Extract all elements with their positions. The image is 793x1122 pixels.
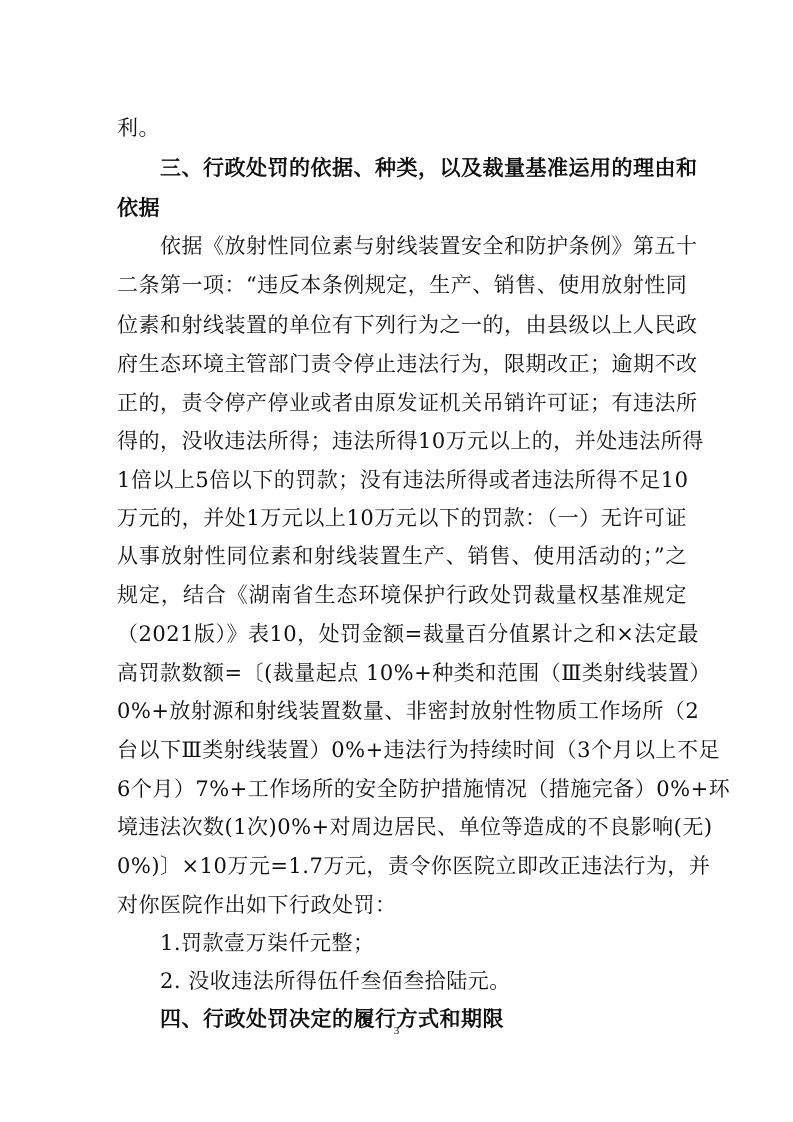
section-heading-3: 三、行政处罚的依据、种类，以及裁量基准运用的理由和 [160, 154, 687, 182]
body-line: 万元的，并处1万元以上10万元以下的罚款：（一）无许可证 [117, 504, 687, 532]
section-heading-3-cont: 依据 [117, 194, 687, 222]
body-line: 规定，结合《湖南省生态环境保护行政处罚裁量权基准规定 [117, 581, 687, 609]
document-page: 利。 三、行政处罚的依据、种类，以及裁量基准运用的理由和 依据 依据《放射性同位… [0, 0, 793, 1122]
page-number: 3 [0, 1025, 793, 1037]
body-line: 得的，没收违法所得；违法所得10万元以上的，并处违法所得 [117, 427, 687, 455]
body-line: 高罚款数额=〔(裁量起点 10%+种类和范围（Ⅲ类射线装置） [117, 659, 687, 687]
body-line: 对你医院作出如下行政处罚： [117, 891, 687, 919]
body-line: 府生态环境主管部门责令停止违法行为，限期改正；逾期不改 [117, 350, 687, 378]
body-line: （2021版）》表10，处罚金额=裁量百分值累计之和×法定最 [117, 620, 687, 648]
body-line: 依据《放射性同位素与射线装置安全和防护条例》第五十 [160, 232, 687, 260]
body-line: 0%)〕×10万元=1.7万元，责令你医院立即改正违法行为，并 [117, 852, 687, 880]
body-line: 正的，责令停产停业或者由原发证机关吊销许可证；有违法所 [117, 389, 687, 417]
body-line: 台以下Ⅲ类射线装置）0%+违法行为持续时间（3个月以上不足 [117, 736, 687, 764]
body-line: 境违法次数(1次)0%+对周边居民、单位等造成的不良影响(无) [117, 813, 687, 841]
body-line: 1倍以上5倍以下的罚款；没有违法所得或者违法所得不足10 [117, 466, 687, 494]
body-line: 0%+放射源和射线装置数量、非密封放射性物质工作场所（2 [117, 697, 687, 725]
penalty-item-1: 1.罚款壹万柒仟元整； [160, 929, 730, 957]
paragraph-tail: 利。 [117, 114, 687, 142]
penalty-item-2: 2. 没收违法所得伍仟叁佰叁拾陆元。 [160, 967, 730, 995]
body-line: 6个月）7%+工作场所的安全防护措施情况（措施完备）0%+环 [117, 775, 687, 803]
body-line: 位素和射线装置的单位有下列行为之一的，由县级以上人民政 [117, 311, 687, 339]
body-line: 二条第一项：“违反本条例规定，生产、销售、使用放射性同 [117, 271, 687, 299]
body-line: 从事放射性同位素和射线装置生产、销售、使用活动的；”之 [117, 542, 687, 570]
